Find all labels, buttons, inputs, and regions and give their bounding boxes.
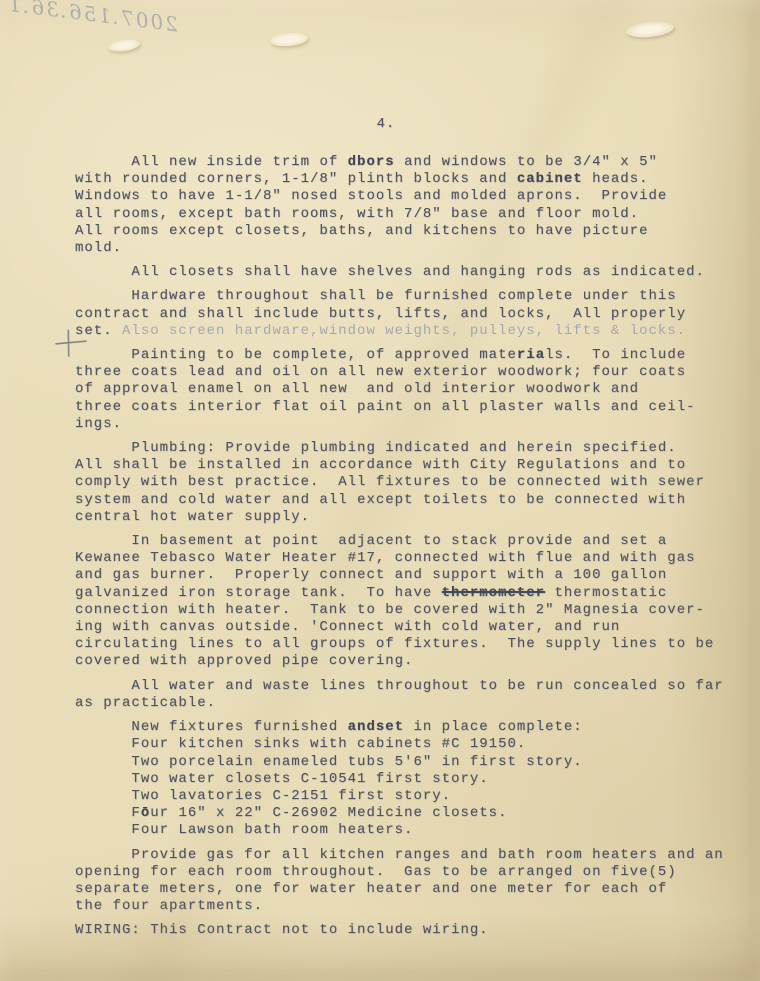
document-page: 2007.156.36.1 4. All new inside trim of …: [0, 0, 760, 981]
typed-text: Plumbing: Provide plumbing indicated and…: [75, 440, 705, 525]
paper-damage-speck: [270, 31, 309, 47]
paragraph-plumbing: Plumbing: Provide plumbing indicated and…: [75, 440, 735, 526]
typed-text: Provide gas for all kitchen ranges and b…: [75, 847, 724, 915]
accession-inscription-mirrored: 2007.156.36.1: [5, 0, 179, 36]
paragraph-trim: All new inside trim of dbors and windows…: [75, 154, 735, 257]
paragraph-painting: Painting to be complete, of approved mat…: [75, 347, 735, 433]
page-number: 4.: [0, 116, 760, 132]
paragraph-hardware: Hardware throughout shall be furnished c…: [75, 288, 735, 340]
paragraph-concealed-lines: All water and waste lines throughout to …: [75, 678, 735, 712]
typed-text: Painting to be complete, of approved mat…: [75, 347, 517, 363]
paragraph-water-heater: In basement at point adjacent to stack p…: [75, 533, 735, 671]
paragraph-gas: Provide gas for all kitchen ranges and b…: [75, 847, 735, 916]
typed-text: WIRING: This Contract not to include wir…: [75, 922, 489, 938]
paragraph-fixtures-list: New fixtures furnished andset in place c…: [75, 719, 735, 839]
overstruck-word: ō: [141, 805, 150, 821]
struckout-word: thermometer: [442, 585, 545, 601]
overstruck-word: ria: [517, 347, 545, 363]
paper-damage-speck: [625, 20, 674, 40]
typed-text: New fixtures furnished: [75, 719, 348, 735]
faded-typed-text: Also screen hardware,window weights, pul…: [122, 323, 686, 339]
paper-damage-speck: [107, 38, 140, 53]
document-text: All new inside trim of dbors and windows…: [75, 154, 735, 947]
typed-text: All new inside trim of: [75, 154, 348, 170]
overstruck-word: dbors: [348, 154, 395, 170]
paragraph-closets: All closets shall have shelves and hangi…: [75, 264, 735, 281]
paragraph-wiring: WIRING: This Contract not to include wir…: [75, 922, 735, 939]
overstruck-word: andset: [348, 719, 404, 735]
typed-text: All water and waste lines throughout to …: [75, 678, 724, 711]
overstruck-word: cabinet: [517, 171, 583, 187]
typed-text: All closets shall have shelves and hangi…: [75, 264, 705, 280]
